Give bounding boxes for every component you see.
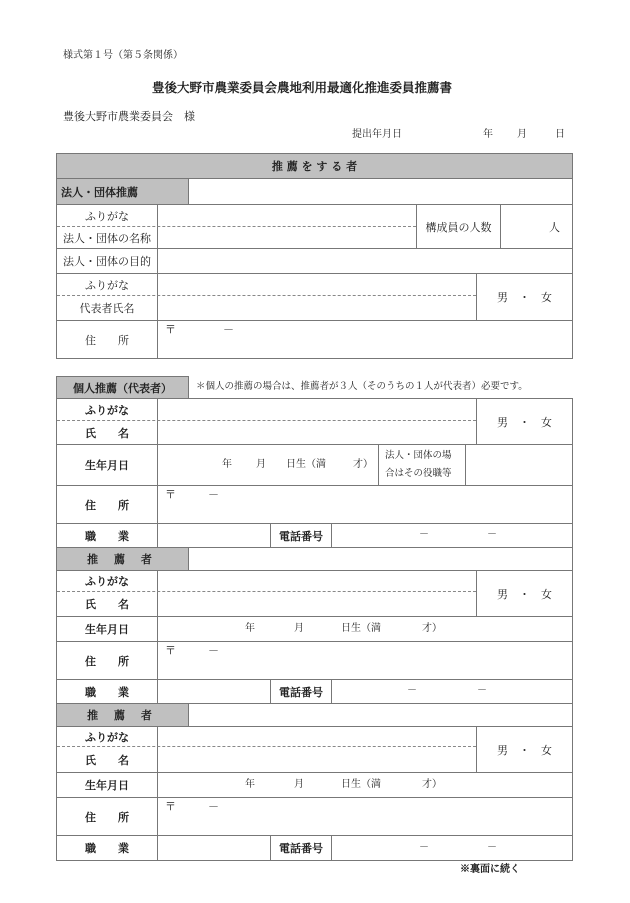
- role-input[interactable]: [466, 445, 572, 485]
- individual-address-label: 住 所: [57, 486, 157, 523]
- birth-text: 生年月日: [85, 621, 129, 637]
- address-text: 住 所: [85, 809, 129, 825]
- submission-date-label: 提出年月日: [352, 130, 402, 140]
- birth-year-unit: 年: [245, 780, 255, 790]
- birth-month-unit: 月: [294, 624, 304, 634]
- occupation-text: 職 業: [85, 684, 129, 700]
- individual-section-label: 個人推薦（代表者）: [56, 376, 189, 399]
- individual-section-label-text: 個人推薦（代表者）: [73, 380, 172, 396]
- members-count-text: 構成員の人数: [426, 219, 492, 235]
- corporate-purpose-input[interactable]: [158, 249, 572, 273]
- phone-dash: －: [407, 686, 417, 696]
- individual-birth-input[interactable]: 年 月 日生（満 才）: [158, 445, 378, 485]
- corporate-furigana-input[interactable]: [158, 205, 416, 226]
- occupation-text: 職 業: [85, 840, 129, 856]
- postal-dash: －: [208, 642, 219, 658]
- birth-month-unit: 月: [294, 780, 304, 790]
- gender-options: 男 ・ 女: [497, 414, 552, 430]
- birth-age-unit: 才）: [422, 780, 442, 790]
- individual-gender-select[interactable]: 男 ・ 女: [477, 399, 572, 444]
- individual-address-input[interactable]: 〒 －: [158, 486, 572, 523]
- individual-furigana-label: ふりがな: [57, 399, 157, 420]
- addressee: 豊後大野市農業委員会 様: [63, 111, 195, 122]
- recommender-2-label: 推 薦 者: [56, 703, 189, 727]
- rep-furigana-text: ふりがな: [85, 277, 129, 293]
- postal-mark-icon: 〒: [165, 798, 176, 814]
- postal-mark-icon: 〒: [165, 321, 176, 337]
- recommender-2-phone-label: 電話番号: [271, 836, 331, 860]
- rep-name-text: 代表者氏名: [80, 300, 135, 316]
- individual-phone-input[interactable]: － －: [332, 524, 572, 547]
- address-text: 住 所: [85, 653, 129, 669]
- recommender-2-address-input[interactable]: 〒 －: [158, 798, 572, 835]
- recommender-2-birth-input[interactable]: 年 月 日生（満 才）: [158, 773, 572, 797]
- individual-occupation-label: 職 業: [57, 524, 157, 547]
- recommender-1-phone-label: 電話番号: [271, 680, 331, 703]
- individual-phone-text: 電話番号: [279, 528, 323, 544]
- birth-text: 生年月日: [85, 777, 129, 793]
- corporate-purpose-label: 法人・団体の目的: [57, 249, 157, 273]
- corporate-section-label-text: 法人・団体推薦: [61, 184, 138, 200]
- recommender-2-furigana-input[interactable]: [158, 727, 476, 746]
- recommender-1-name-label: 氏 名: [57, 592, 157, 616]
- role-label-line2: 合はその役職等: [385, 465, 465, 483]
- individual-name-input[interactable]: [158, 421, 476, 444]
- recommender-2-gender-select[interactable]: 男 ・ 女: [477, 727, 572, 772]
- recommender-1-label-text: 推 薦 者: [87, 551, 158, 567]
- continued-note: ※裏面に続く: [460, 865, 520, 875]
- corporate-section-spacer: [188, 178, 573, 205]
- individual-birth-label: 生年月日: [57, 445, 157, 485]
- corporate-name-input[interactable]: [158, 227, 416, 248]
- recommender-2-name-label: 氏 名: [57, 747, 157, 772]
- recommender-1-label: 推 薦 者: [56, 547, 189, 571]
- phone-dash: －: [487, 530, 497, 540]
- birth-day-age: 日生（満: [286, 460, 326, 470]
- postal-mark-icon: 〒: [165, 486, 176, 502]
- recommender-2-occupation-label: 職 業: [57, 836, 157, 860]
- rep-furigana-input[interactable]: [158, 274, 476, 295]
- recommender-1-birth-label: 生年月日: [57, 617, 157, 641]
- members-count-label: 構成員の人数: [417, 205, 500, 248]
- recommender-2-furigana-label: ふりがな: [57, 727, 157, 746]
- name-text: 氏 名: [85, 752, 129, 768]
- rep-name-input[interactable]: [158, 296, 476, 320]
- phone-dash: －: [419, 843, 429, 853]
- birth-month-unit: 月: [256, 460, 266, 470]
- recommender-2-spacer: [188, 703, 573, 727]
- individual-birth-text: 生年月日: [85, 457, 129, 473]
- gender-options: 男 ・ 女: [497, 742, 552, 758]
- recommender-1-occupation-input[interactable]: [158, 680, 270, 703]
- recommender-2-name-input[interactable]: [158, 747, 476, 772]
- rep-name-label: 代表者氏名: [57, 296, 157, 320]
- main-section-header-label: 推 薦 を す る 者: [272, 158, 357, 174]
- birth-year-unit: 年: [222, 460, 232, 470]
- corporate-purpose-text: 法人・団体の目的: [63, 253, 151, 269]
- phone-dash: －: [419, 530, 429, 540]
- recommender-1-address-input[interactable]: 〒 －: [158, 642, 572, 679]
- corporate-address-label: 住 所: [57, 321, 157, 358]
- individual-occupation-text: 職 業: [85, 528, 129, 544]
- furigana-text: ふりがな: [85, 729, 129, 745]
- name-text: 氏 名: [85, 596, 129, 612]
- recommender-1-address-label: 住 所: [57, 642, 157, 679]
- rep-gender-select[interactable]: 男 ・ 女: [477, 274, 572, 320]
- recommender-2-label-text: 推 薦 者: [87, 707, 158, 723]
- recommender-1-furigana-label: ふりがな: [57, 571, 157, 591]
- corporate-address-input[interactable]: 〒 －: [158, 321, 572, 358]
- recommender-1-birth-input[interactable]: 年 月 日生（満 才）: [158, 617, 572, 641]
- birth-day-age: 日生（満: [341, 780, 381, 790]
- phone-dash: －: [477, 686, 487, 696]
- recommender-1-name-input[interactable]: [158, 592, 476, 616]
- corporate-furigana-label: ふりがな: [57, 205, 157, 226]
- recommender-1-furigana-input[interactable]: [158, 571, 476, 591]
- rep-furigana-label: ふりがな: [57, 274, 157, 295]
- gender-options: 男 ・ 女: [497, 586, 552, 602]
- submission-year-unit: 年: [483, 130, 493, 140]
- recommender-2-occupation-input[interactable]: [158, 836, 270, 860]
- individual-name-text: 氏 名: [85, 425, 129, 441]
- furigana-text: ふりがな: [85, 573, 129, 589]
- corporate-section-label: 法人・団体推薦: [56, 178, 189, 205]
- individual-address-text: 住 所: [85, 497, 129, 513]
- birth-year-unit: 年: [245, 624, 255, 634]
- corporate-address-text: 住 所: [85, 332, 129, 348]
- phone-dash: －: [487, 843, 497, 853]
- individual-furigana-input[interactable]: [158, 399, 476, 420]
- postal-mark-icon: 〒: [165, 642, 176, 658]
- main-section-header: 推 薦 を す る 者: [56, 153, 573, 179]
- individual-occupation-input[interactable]: [158, 524, 270, 547]
- individual-name-label: 氏 名: [57, 421, 157, 444]
- corporate-name-text: 法人・団体の名称: [63, 230, 151, 246]
- role-label: 法人・団体の場 合はその役職等: [379, 447, 465, 485]
- recommender-1-occupation-label: 職 業: [57, 680, 157, 703]
- submission-month-unit: 月: [517, 130, 527, 140]
- individual-phone-label: 電話番号: [271, 524, 331, 547]
- birth-day-age: 日生（満: [341, 624, 381, 634]
- form-number: 様式第１号（第５条関係）: [63, 51, 183, 61]
- recommender-2-phone-input[interactable]: － －: [332, 836, 572, 860]
- recommender-1-gender-select[interactable]: 男 ・ 女: [477, 571, 572, 616]
- individual-note: ＊個人の推薦の場合は、推薦者が３人（そのうちの１人が代表者）必要です。: [196, 382, 528, 392]
- birth-age-unit: 才）: [353, 460, 373, 470]
- submission-day-unit: 日: [555, 130, 565, 140]
- members-count-input[interactable]: 人: [501, 205, 572, 248]
- postal-dash: －: [223, 321, 234, 337]
- recommender-2-birth-label: 生年月日: [57, 773, 157, 797]
- recommender-1-spacer: [188, 547, 573, 571]
- individual-furigana-text: ふりがな: [85, 402, 129, 418]
- corporate-name-label: 法人・団体の名称: [57, 227, 157, 248]
- members-unit: 人: [549, 219, 560, 235]
- recommender-2-address-label: 住 所: [57, 798, 157, 835]
- postal-dash: －: [208, 486, 219, 502]
- role-label-line1: 法人・団体の場: [385, 447, 465, 465]
- birth-age-unit: 才）: [422, 624, 442, 634]
- corporate-furigana-text: ふりがな: [85, 208, 129, 224]
- phone-text: 電話番号: [279, 840, 323, 856]
- page-title: 豊後大野市農業委員会農地利用最適化推進委員推薦書: [152, 82, 452, 95]
- gender-options: 男 ・ 女: [497, 289, 552, 305]
- postal-dash: －: [208, 798, 219, 814]
- recommender-1-phone-input[interactable]: － －: [332, 680, 572, 703]
- phone-text: 電話番号: [279, 684, 323, 700]
